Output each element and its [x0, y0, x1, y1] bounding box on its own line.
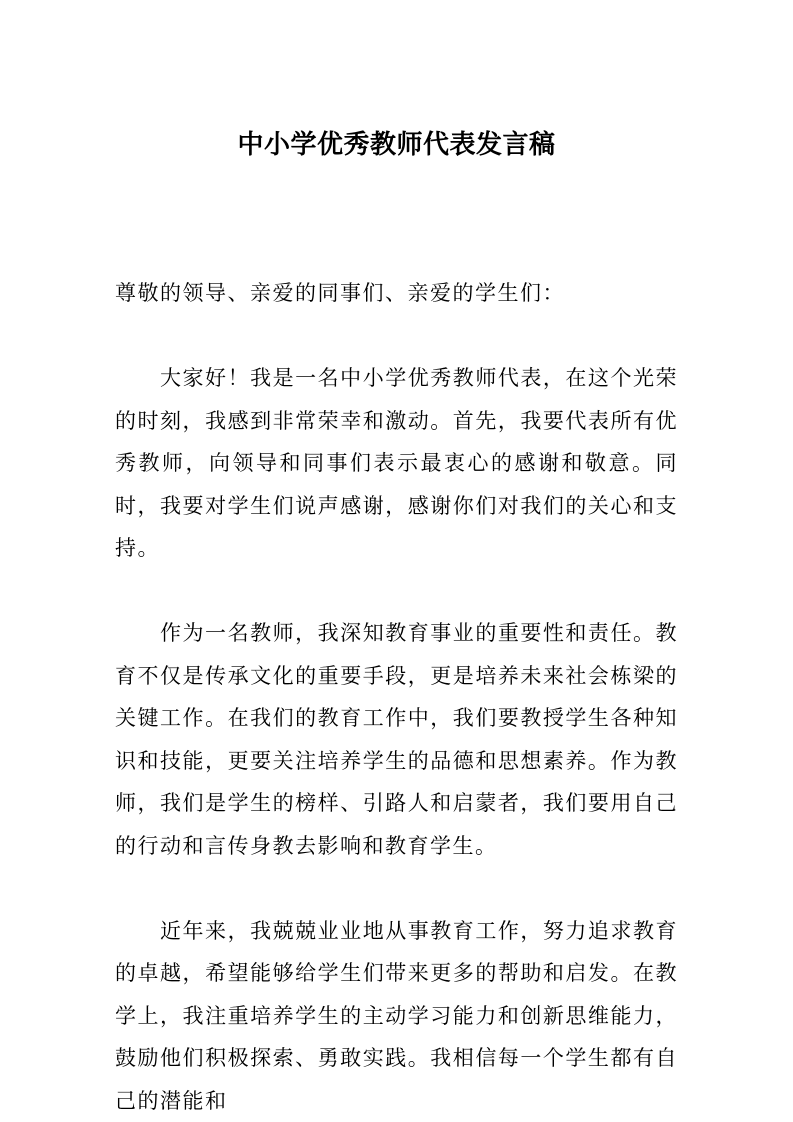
paragraph: 作为一名教师，我深知教育事业的重要性和责任。教育不仅是传承文化的重要手段，更是培… [115, 612, 678, 867]
paragraph: 近年来，我兢兢业业地从事教育工作，努力追求教育的卓越，希望能够给学生们带来更多的… [115, 910, 678, 1122]
document-body: 尊敬的领导、亲爱的同事们、亲爱的学生们：大家好！我是一名中小学优秀教师代表，在这… [115, 272, 678, 1122]
document-page: 中小学优秀教师代表发言稿 尊敬的领导、亲爱的同事们、亲爱的学生们：大家好！我是一… [0, 0, 793, 1122]
paragraph: 尊敬的领导、亲爱的同事们、亲爱的学生们： [115, 272, 678, 315]
paragraph: 大家好！我是一名中小学优秀教师代表，在这个光荣的时刻，我感到非常荣幸和激动。首先… [115, 357, 678, 570]
document-title: 中小学优秀教师代表发言稿 [115, 127, 678, 163]
